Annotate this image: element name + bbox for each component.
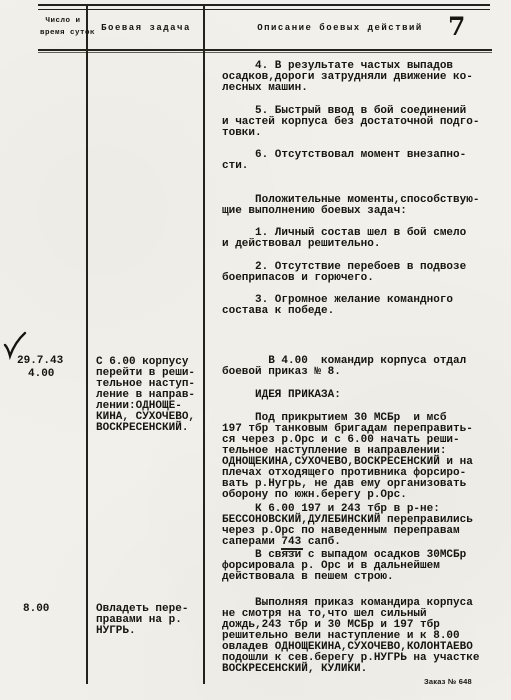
description-paragraph: 2. Отсутствие перебоев в подвозе боеприп… xyxy=(222,262,466,284)
page-number: 7 xyxy=(448,14,465,39)
description-paragraph: 6. Отсутствовал момент внезапно- сти. xyxy=(222,150,466,172)
column-divider-2 xyxy=(203,4,205,684)
document-page: Число и время суток Боевая задача Описан… xyxy=(0,0,511,700)
description-paragraph: В связи с выпадом осадков 30МСБр форсиро… xyxy=(222,550,466,583)
description-paragraph: 1. Личный состав шел в бой смело и дейст… xyxy=(222,228,466,250)
description-paragraph: 4. В результате частых выпадов осадков,д… xyxy=(222,61,473,94)
header-bottom-rule xyxy=(38,49,492,51)
column-divider-1 xyxy=(86,4,88,684)
header-bottom-rule-2 xyxy=(38,52,492,53)
description-paragraph: ИДЕЯ ПРИКАЗА: xyxy=(222,390,341,401)
description-paragraph: Положительные моменты,способствую- щие в… xyxy=(222,195,479,217)
entry-time: 8.00 xyxy=(23,604,49,615)
entry-date: 29.7.43 xyxy=(17,356,63,367)
combat-task: Овладеть пере- правами на р. НУГРЬ. xyxy=(96,604,188,637)
column-header-description: Описание боевых действий xyxy=(230,22,450,34)
description-paragraph: Выполняя приказ командира корпуса не смо… xyxy=(222,598,479,675)
description-paragraph: Под прикрытием 30 МСБр и мсб 197 тбр тан… xyxy=(222,413,473,501)
description-paragraph: В 4.00 командир корпуса отдал боевой при… xyxy=(222,356,466,378)
underline-mark-743-2 xyxy=(283,551,297,552)
description-paragraph: 3. Огромное желание командного состава к… xyxy=(222,295,453,317)
description-paragraph: 5. Быстрый ввод в бой соединений и часте… xyxy=(222,106,479,139)
combat-task: С 6.00 корпусу перейти в реши- тельное н… xyxy=(96,357,195,434)
column-header-task: Боевая задача xyxy=(92,22,200,34)
table-top-rule-inner xyxy=(38,9,490,10)
table-top-rule-outer xyxy=(38,4,490,6)
underline-mark-743 xyxy=(281,548,303,550)
column-header-datetime: Число и время суток xyxy=(40,15,86,39)
description-paragraph: К 6.00 197 и 243 тбр в р-не: БЕССОНОВСКИ… xyxy=(222,504,473,548)
print-order-note: Заказ № 648 xyxy=(424,677,472,686)
entry-time: 4.00 xyxy=(28,369,54,380)
